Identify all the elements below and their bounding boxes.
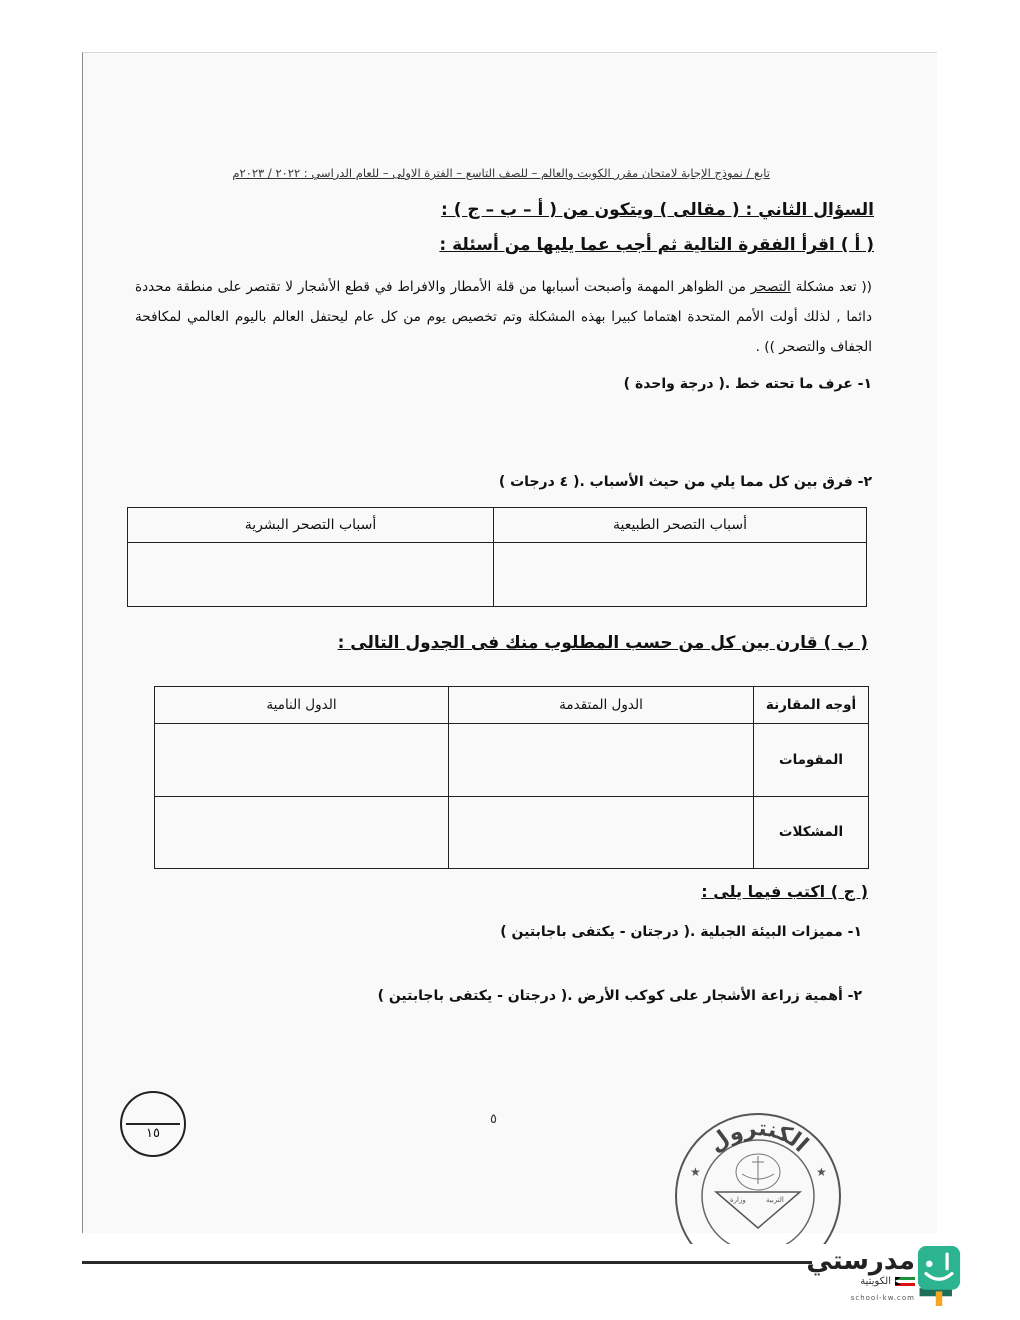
row-label-resources: المقومات [754,724,869,797]
score-box: ١٥ [120,1091,186,1157]
part-c-item-2: ٢- أهمية زراعة الأشجار على كوكب الأرض . … [288,988,862,1004]
answer-cell-natural[interactable] [494,543,867,607]
part-c-title: ( ج ) اكتب فيما يلى : [701,882,868,901]
score-total: ١٥ [122,1126,184,1141]
item-text: ١- مميزات البيئة الجبلية . [690,924,862,940]
watermark-brand: مدرستي [806,1246,915,1276]
item-text: ٢- فرق بين كل مما يلي من حيث الأسباب . [579,474,872,490]
item-marks: ( درجتان - يكتفى باجابتين ) [378,988,568,1004]
footer-rule [82,1261,812,1264]
header-comparison-aspect: أوجه المقارنة [754,687,869,724]
table-row: المقومات [155,724,869,797]
item-marks: ( ٤ درجات ) [499,474,580,490]
item-text: ١- عرف ما تحته خط . [725,376,872,392]
table-header-row: أسباب التصحر الطبيعية أسباب التصحر البشر… [128,508,867,543]
answer-cell[interactable] [155,796,449,869]
part-a-title: ( أ ) اقرأ الفقرة التالية ثم أجب عما يلي… [439,235,874,255]
item-text: ٢- أهمية زراعة الأشجار على كوكب الأرض . [567,988,862,1004]
paragraph-start: (( تعد مشكلة [791,279,872,295]
item-marks: ( درجة واحدة ) [624,376,725,392]
answer-cell[interactable] [449,796,754,869]
part-b-title: ( ب ) قارن بين كل من حسب المطلوب منك فى … [338,633,868,653]
answer-cell-human[interactable] [128,543,494,607]
answer-cell[interactable] [449,724,754,797]
reading-paragraph: (( تعد مشكلة التصحر من الظواهر المهمة وأ… [135,272,872,362]
question-title: السؤال الثاني : ( مقالى ) ويتكون من ( أ … [441,200,874,220]
table-header-row: أوجه المقارنة الدول المتقدمة الدول النام… [155,687,869,724]
header-natural-causes: أسباب التصحر الطبيعية [494,508,867,543]
header-developing-countries: الدول النامية [155,687,449,724]
row-label-problems: المشكلات [754,796,869,869]
causes-table: أسباب التصحر الطبيعية أسباب التصحر البشر… [127,507,867,607]
part-a-item-1: ١- عرف ما تحته خط . ( درجة واحدة ) [504,376,872,392]
part-a-item-2: ٢- فرق بين كل مما يلي من حيث الأسباب . (… [444,474,872,490]
smiley-logo-icon [911,1246,967,1306]
watermark-sub: الكويتية [860,1276,915,1287]
comparison-table: أوجه المقارنة الدول المتقدمة الدول النام… [154,686,869,869]
svg-text:★: ★ [816,1165,827,1179]
answer-cell[interactable] [155,724,449,797]
svg-text:وزارة: وزارة [730,1196,746,1204]
page-number: ٥ [490,1112,497,1127]
part-c-item-1: ١- مميزات البيئة الجبلية . ( درجتان - يك… [438,924,862,940]
svg-text:★: ★ [690,1165,701,1179]
control-stamp-icon: ★ ★ الكنترول وزارة التربية [668,1104,848,1244]
watermark-logo: مدرستي الكويتية school-kw.com [795,1246,975,1320]
svg-text:التربية: التربية [766,1196,784,1204]
table-row [128,543,867,607]
item-marks: ( درجتان - يكتفى باجابتين ) [500,924,690,940]
underlined-term: التصحر [751,279,791,295]
watermark-sub-text: الكويتية [860,1276,891,1287]
table-row: المشكلات [155,796,869,869]
header-developed-countries: الدول المتقدمة [449,687,754,724]
header-human-causes: أسباب التصحر البشرية [128,508,494,543]
watermark-url: school-kw.com [851,1294,915,1302]
score-divider [126,1123,180,1125]
page-header: تابع / نموذج الإجابة لامتحان مقرر الكويت… [230,166,770,180]
